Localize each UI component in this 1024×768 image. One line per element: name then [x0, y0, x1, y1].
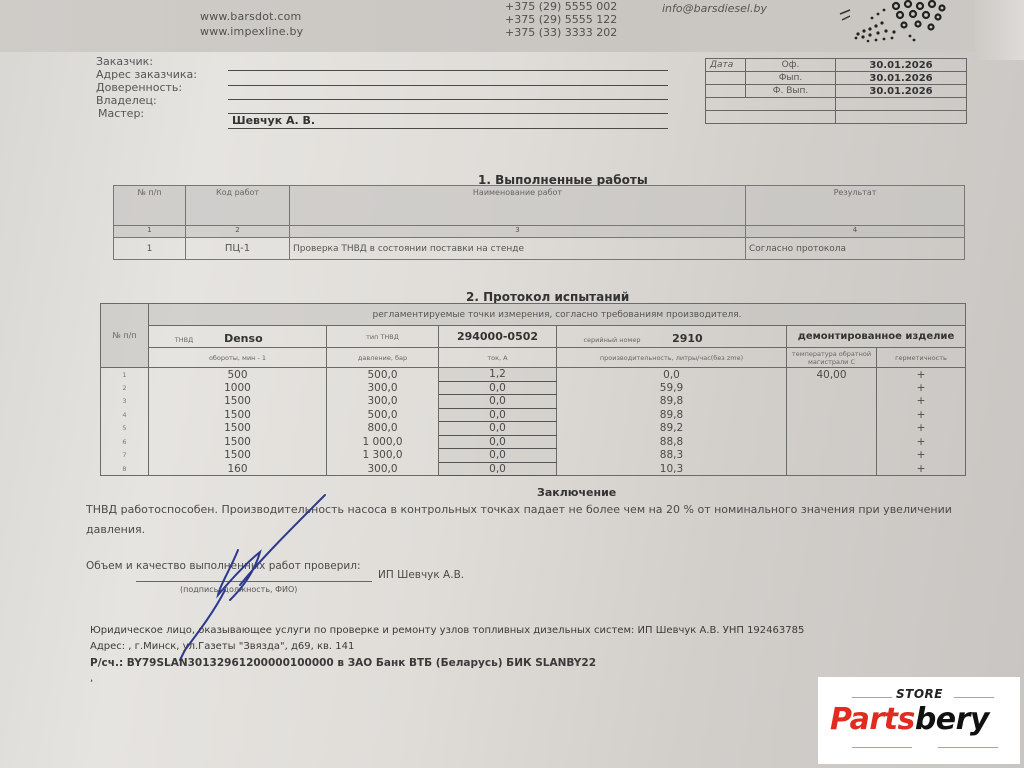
pressure-value: 300,0	[327, 395, 439, 409]
signature-note: (подпись, должность, ФИО)	[180, 585, 297, 594]
row-number: 2	[101, 381, 149, 395]
rpm-value: 1500	[149, 408, 327, 422]
seal-value: +	[877, 435, 966, 449]
current-value: 0,0	[439, 449, 557, 463]
date-label: Оф.	[746, 59, 836, 72]
col-number: 2	[186, 226, 290, 238]
table-row: 615001 000,00,088,8+	[101, 435, 966, 449]
col-header: Код работ	[186, 186, 290, 226]
col-header-current: ток, А	[439, 348, 557, 368]
col-header: Результат	[746, 186, 965, 226]
current-value: 0,0	[439, 408, 557, 422]
signature-line	[136, 581, 372, 582]
protocol-table: № п/п регламентируемые точки измерения, …	[100, 303, 966, 476]
rpm-value: 1500	[149, 422, 327, 436]
flow-value: 89,8	[557, 395, 787, 409]
works-table: № п/п Код работ Наименование работ Резул…	[113, 185, 965, 260]
row-number: 7	[101, 449, 149, 463]
table-row: 21000300,00,059,9+	[101, 381, 966, 395]
date-value: 30.01.2026	[836, 85, 967, 98]
temperature-value	[787, 381, 877, 395]
master-field-line	[228, 128, 668, 129]
current-value: 0,0	[439, 395, 557, 409]
serial-value: 2910	[672, 332, 703, 345]
table-row: 51500800,00,089,2+	[101, 422, 966, 436]
phone-number: +375 (29) 5555 122	[505, 13, 617, 26]
num-header: № п/п	[101, 304, 149, 368]
phone-number: +375 (33) 3333 202	[505, 26, 617, 39]
table-row: 8160300,00,010,3+	[101, 462, 966, 476]
brand-store-text: STORE	[896, 687, 943, 701]
table-row: 715001 300,00,088,3+	[101, 449, 966, 463]
website-list: www.barsdot.com www.impexline.by	[200, 9, 303, 39]
phone-list: +375 (29) 5555 002 +375 (29) 5555 122 +3…	[505, 0, 617, 39]
temperature-value	[787, 408, 877, 422]
dates-table: Дата Оф. 30.01.2026 Фып. 30.01.2026 Ф. В…	[705, 58, 967, 124]
type-label: тип ТНВД	[327, 326, 439, 348]
flow-value: 10,3	[557, 462, 787, 476]
customer-address-field-line	[228, 85, 668, 86]
letterhead-edge	[975, 0, 1024, 60]
pressure-value: 500,0	[327, 368, 439, 382]
temperature-value	[787, 435, 877, 449]
table-row: 1500500,01,20,040,00+	[101, 368, 966, 382]
power-of-attorney-label: Доверенность:	[96, 81, 197, 94]
seal-value: +	[877, 395, 966, 409]
table-row: 31500300,00,089,8+	[101, 395, 966, 409]
col-number: 3	[290, 226, 746, 238]
flow-value: 88,3	[557, 449, 787, 463]
power-of-attorney-field-line	[228, 99, 668, 100]
rpm-value: 1500	[149, 449, 327, 463]
seal-value: +	[877, 368, 966, 382]
col-number: 1	[114, 226, 186, 238]
pressure-value: 1 300,0	[327, 449, 439, 463]
seal-value: +	[877, 462, 966, 476]
conclusion-text: ТНВД работоспособен. Производительность …	[86, 500, 956, 540]
pressure-value: 1 000,0	[327, 435, 439, 449]
row-number: 3	[101, 395, 149, 409]
legal-info: Юридическое лицо, оказывающее услуги по …	[90, 623, 804, 687]
leopard-spots-logo-icon	[838, 0, 958, 44]
temperature-value	[787, 422, 877, 436]
current-value: 1,2	[439, 368, 557, 382]
conclusion-title: Заключение	[537, 486, 616, 499]
rpm-value: 160	[149, 462, 327, 476]
protocol-section-title: 2. Протокол испытаний	[466, 290, 629, 304]
legal-entity-line: Юридическое лицо, оказывающее услуги по …	[90, 623, 804, 639]
col-header-temp: температура обратной магистрали С	[787, 348, 877, 368]
row-number: 8	[101, 462, 149, 476]
rpm-value: 500	[149, 368, 327, 382]
col-header: Наименование работ	[290, 186, 746, 226]
col-header-rpm: обороты, мин - 1	[149, 348, 327, 368]
table-row: 41500500,00,089,8+	[101, 408, 966, 422]
row-number: 6	[101, 435, 149, 449]
website-link: www.impexline.by	[200, 24, 303, 39]
date-header: Дата	[706, 59, 746, 72]
serial-label: серийный номер	[557, 336, 667, 344]
seal-value: +	[877, 381, 966, 395]
work-code: ПЦ-1	[186, 238, 290, 260]
table-row: 1 ПЦ-1 Проверка ТНВД в состоянии поставк…	[114, 238, 965, 260]
flow-value: 88,8	[557, 435, 787, 449]
seal-value: +	[877, 449, 966, 463]
serial-cell: серийный номер 2910	[557, 326, 787, 348]
master-value: Шевчук А. В.	[232, 114, 315, 127]
row-number: 1	[101, 368, 149, 382]
col-header-seal: герметичность	[877, 348, 966, 368]
customer-field-line	[228, 70, 668, 71]
current-value: 0,0	[439, 435, 557, 449]
date-label: Ф. Вып.	[746, 85, 836, 98]
temperature-value: 40,00	[787, 368, 877, 382]
work-result: Согласно протокола	[746, 238, 965, 260]
date-value: 30.01.2026	[836, 59, 967, 72]
flow-value: 89,2	[557, 422, 787, 436]
pressure-value: 500,0	[327, 408, 439, 422]
master-label: Мастер:	[96, 107, 197, 120]
col-header-flow: производительность, литры/час(без zme)	[557, 348, 787, 368]
brand-name: Partsbery	[830, 702, 989, 737]
checked-by: ИП Шевчук А.В.	[378, 569, 464, 581]
customer-address-label: Адрес заказчика:	[96, 68, 197, 81]
date-label: Фып.	[746, 72, 836, 85]
flow-value: 0,0	[557, 368, 787, 382]
email-address: info@barsdiesel.by	[662, 2, 767, 15]
temperature-value	[787, 449, 877, 463]
pressure-value: 800,0	[327, 422, 439, 436]
type-value: 294000-0502	[439, 326, 557, 348]
work-number: 1	[114, 238, 186, 260]
current-value: 0,0	[439, 422, 557, 436]
current-value: 0,0	[439, 381, 557, 395]
customer-labels: Заказчик: Адрес заказчика: Доверенность:…	[96, 55, 197, 120]
protocol-rows: 1500500,01,20,040,00+21000300,00,059,9+3…	[101, 368, 966, 476]
col-number: 4	[746, 226, 965, 238]
pump-label: ТНВД	[149, 336, 219, 344]
protocol-subtitle: регламентируемые точки измерения, соглас…	[149, 304, 966, 326]
flow-value: 89,8	[557, 408, 787, 422]
row-number: 5	[101, 422, 149, 436]
temperature-value	[787, 395, 877, 409]
work-name: Проверка ТНВД в состоянии поставки на ст…	[290, 238, 746, 260]
legal-address-line: Адрес: , г.Минск, ул.Газеты "Звязда", д6…	[90, 639, 804, 655]
partsbery-watermark: STORE Partsbery	[818, 677, 1020, 764]
customer-label: Заказчик:	[96, 55, 197, 68]
legal-bank-account-line: Р/сч.: BY79SLAN30132961200000100000 в ЗА…	[90, 655, 804, 671]
pump-value: Denso	[224, 332, 263, 345]
row-number: 4	[101, 408, 149, 422]
checked-label: Объем и качество выполненных работ прове…	[86, 560, 361, 572]
flow-value: 59,9	[557, 381, 787, 395]
rpm-value: 1000	[149, 381, 327, 395]
pump-cell: ТНВД Denso	[149, 326, 327, 348]
pressure-value: 300,0	[327, 381, 439, 395]
date-value: 30.01.2026	[836, 72, 967, 85]
phone-number: +375 (29) 5555 002	[505, 0, 617, 13]
website-link: www.barsdot.com	[200, 9, 303, 24]
current-value: 0,0	[439, 462, 557, 476]
pressure-value: 300,0	[327, 462, 439, 476]
temperature-value	[787, 462, 877, 476]
seal-value: +	[877, 422, 966, 436]
rpm-value: 1500	[149, 395, 327, 409]
condition-value: демонтированное изделие	[787, 326, 966, 348]
brand-name-black: bery	[915, 702, 989, 737]
brand-name-red: Parts	[830, 702, 915, 737]
col-header-pressure: давление, бар	[327, 348, 439, 368]
legal-extra-line: ,	[90, 671, 804, 687]
col-header: № п/п	[114, 186, 186, 226]
rpm-value: 1500	[149, 435, 327, 449]
seal-value: +	[877, 408, 966, 422]
owner-label: Владелец:	[96, 94, 197, 107]
